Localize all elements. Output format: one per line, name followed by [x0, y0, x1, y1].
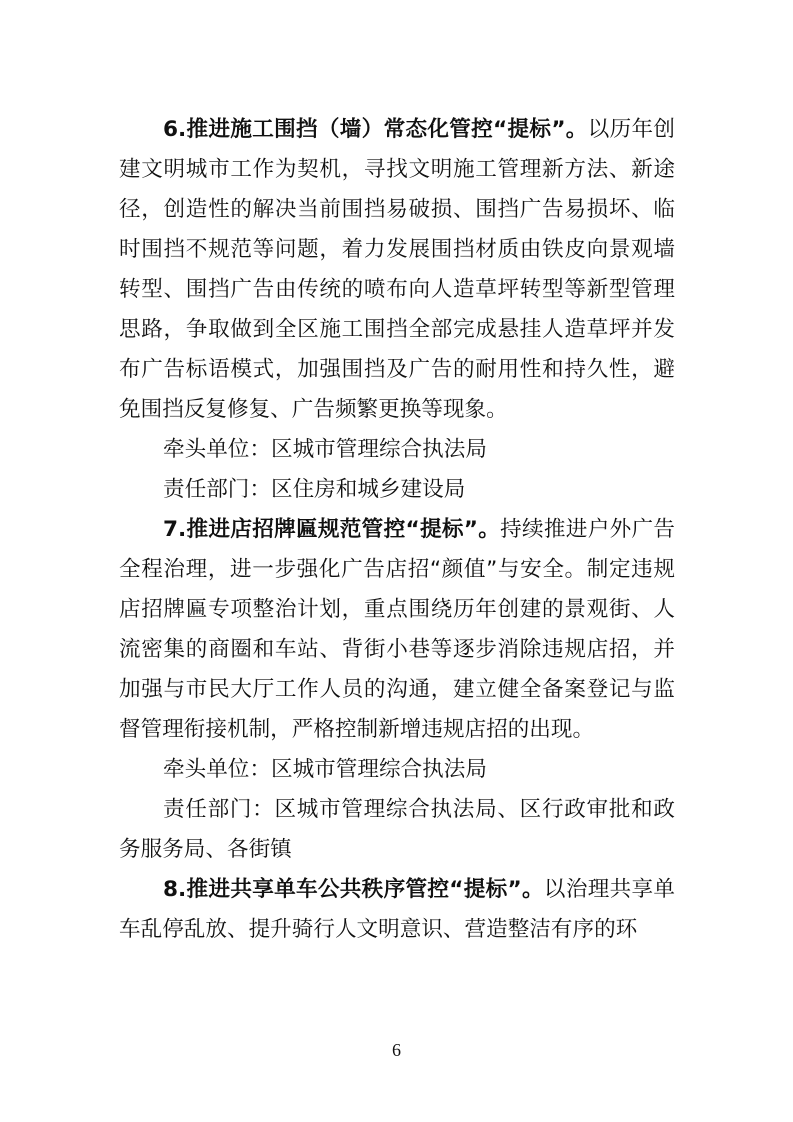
section-6-paragraph: 6.推进施工围挡（墙）常态化管控“提标”。以历年创建文明城市工作为契机，寻找文明… [119, 110, 675, 430]
section-7-paragraph: 7.推进店招牌匾规范管控“提标”。持续推进户外广告全程治理，进一步强化广告店招“… [119, 510, 675, 750]
section-8-heading: 8.推进共享单车公共秩序管控“提标”。 [163, 877, 544, 902]
document-body: 6.推进施工围挡（墙）常态化管控“提标”。以历年创建文明城市工作为契机，寻找文明… [119, 110, 675, 950]
section-8-paragraph: 8.推进共享单车公共秩序管控“提标”。以治理共享单车乱停乱放、提升骑行人文明意识… [119, 870, 675, 950]
section-7-lead-unit: 牵头单位：区城市管理综合执法局 [119, 750, 675, 790]
page-number: 6 [0, 1040, 793, 1061]
section-6-responsible-dept: 责任部门：区住房和城乡建设局 [119, 470, 675, 510]
section-6-body: 以历年创建文明城市工作为契机，寻找文明施工管理新方法、新途径，创造性的解决当前围… [119, 117, 675, 422]
section-6-heading: 6.推进施工围挡（墙）常态化管控“提标”。 [163, 117, 588, 142]
section-7-responsible-dept: 责任部门：区城市管理综合执法局、区行政审批和政务服务局、各街镇 [119, 790, 675, 870]
section-7-heading: 7.推进店招牌匾规范管控“提标”。 [163, 517, 500, 542]
section-6-lead-unit: 牵头单位：区城市管理综合执法局 [119, 430, 675, 470]
section-7-body: 持续推进户外广告全程治理，进一步强化广告店招“颜值”与安全。制定违规店招牌匾专项… [119, 517, 675, 742]
document-page: 6.推进施工围挡（墙）常态化管控“提标”。以历年创建文明城市工作为契机，寻找文明… [0, 0, 793, 1122]
